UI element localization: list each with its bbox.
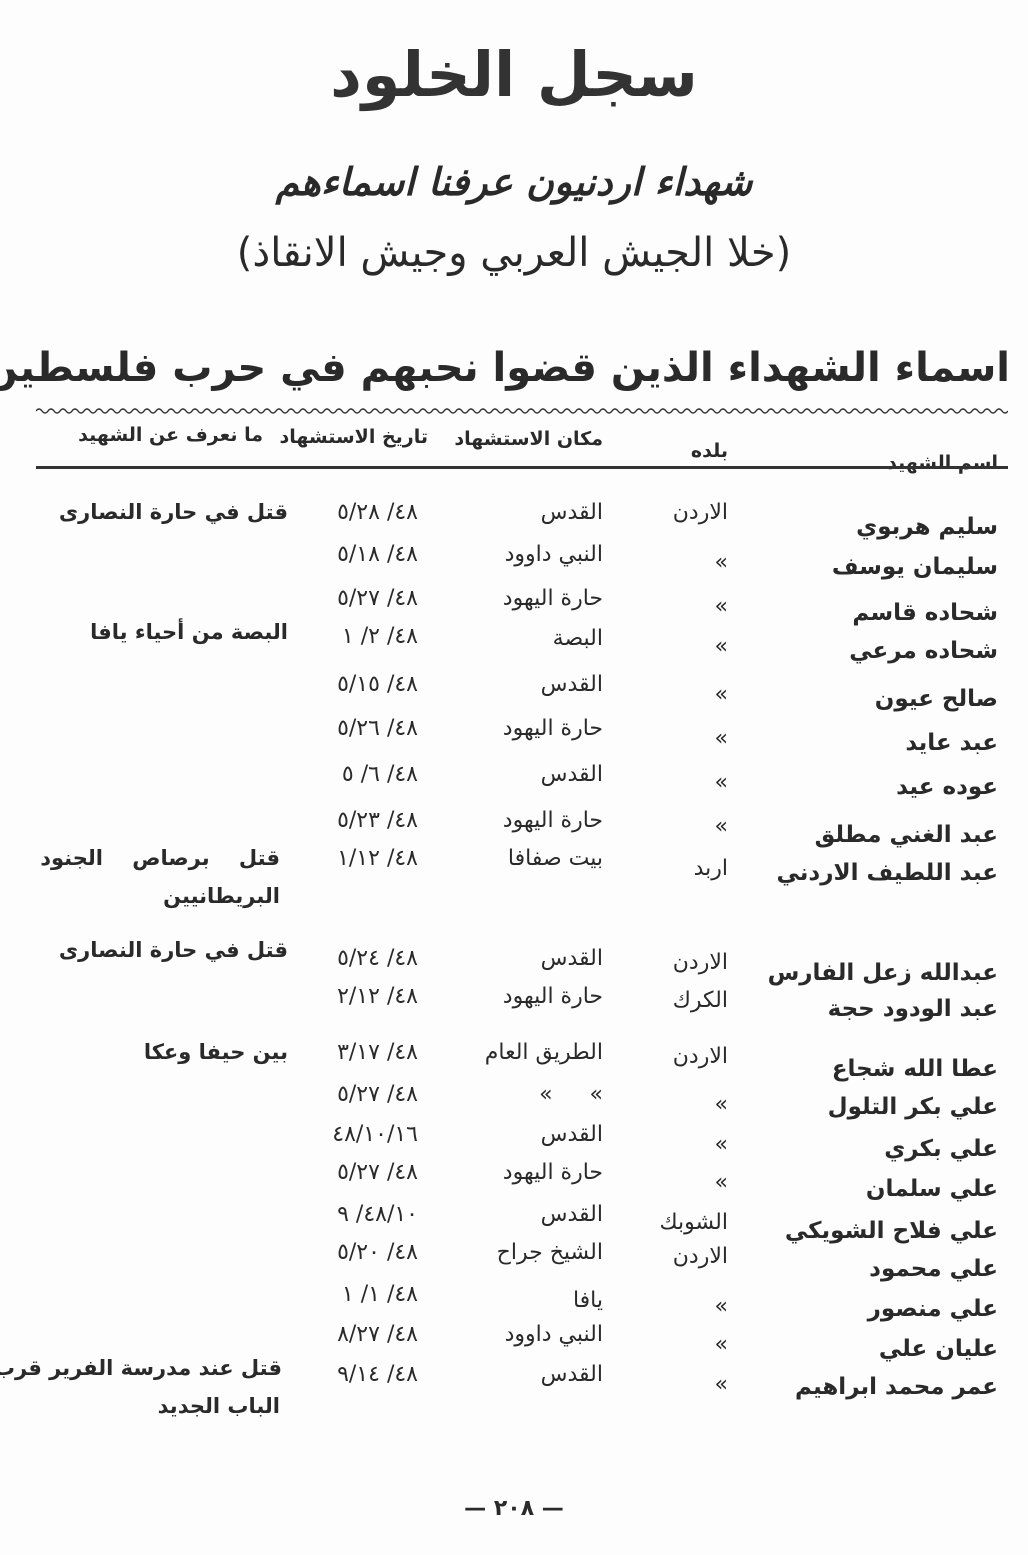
table-row: سليمان يوسف » النبي داوود ٤٨/ ٥/١٨ (0, 542, 1028, 572)
martyr-name: عبد اللطيف الاردني (777, 860, 998, 886)
martyr-date: ٤٨/ ٥/٢٧ (337, 586, 418, 611)
martyr-name: سليم هربوي (856, 514, 998, 540)
martyr-date: ٤٨/ ٢/ ١ (342, 624, 418, 649)
martyr-name: عطا الله شجاع (832, 1056, 998, 1082)
martyr-name: علي بكري (884, 1136, 998, 1162)
martyr-place: القدس (541, 1202, 603, 1227)
martyr-name: عوده عيد (896, 774, 998, 800)
column-header-town: بلده (691, 440, 728, 462)
martyr-place: الطريق العام (485, 1040, 603, 1065)
page-subtitle-note: (خلا الجيش العربي وجيش الانقاذ) (0, 230, 1028, 276)
column-header-name: اسم الشهيد (887, 452, 998, 474)
martyr-date: ٤٨/ ٥/٢٧ (337, 1082, 418, 1107)
martyr-place: حارة اليهود (503, 586, 603, 611)
table-row: سليم هربوي الاردن القدس ٤٨/ ٥/٢٨ قتل في … (0, 500, 1028, 530)
martyr-place: الشيخ جراح (497, 1240, 603, 1265)
martyr-town: » (715, 1372, 728, 1397)
martyr-town: الاردن (673, 1044, 728, 1069)
table-row: عطا الله شجاع الاردن الطريق العام ٤٨/ ٣/… (0, 1040, 1028, 1070)
martyr-note: قتل في حارة النصارى (59, 500, 288, 524)
table-row: علي بكري » القدس ٤٨/١٠/١٦ (0, 1122, 1028, 1152)
martyr-town: الاردن (673, 950, 728, 975)
table-row: عبدالله زعل الفارس الاردن القدس ٤٨/ ٥/٢٤… (0, 946, 1028, 976)
column-header-place: مكان الاستشهاد (454, 428, 603, 450)
book-page: سجل الخلود شهداء اردنيون عرفنا اسماءهم (… (0, 0, 1028, 1555)
martyr-note: قتل عند مدرسة الفرير قرب (0, 1356, 282, 1380)
table-row: علي سلمان » حارة اليهود ٤٨/ ٥/٢٧ (0, 1160, 1028, 1190)
martyr-town: » (715, 594, 728, 619)
martyr-place: حارة اليهود (503, 808, 603, 833)
table-row: علي منصور » يافا ٤٨/ ١/ ١ (0, 1282, 1028, 1312)
martyr-town: » (715, 1170, 728, 1195)
section-heading: اسماء الشهداء الذين قضوا نحبهم في حرب فل… (20, 345, 1010, 391)
table-row: علي محمود الاردن الشيخ جراح ٤٨/ ٥/٢٠ (0, 1240, 1028, 1270)
table-row: علي بكر التلول » » » ٤٨/ ٥/٢٧ (0, 1082, 1028, 1112)
martyr-date: ٤٨/ ٥/٢٨ (337, 500, 418, 525)
martyr-date: ٤٨/ ٩/١٤ (337, 1362, 418, 1387)
table-row: شحاده قاسم » حارة اليهود ٤٨/ ٥/٢٧ (0, 586, 1028, 616)
martyr-place: القدس (541, 500, 603, 525)
martyr-date: ٤٨/ ٣/١٧ (337, 1040, 418, 1065)
martyr-town: الاردن (673, 1244, 728, 1269)
martyr-note: بين حيفا وعكا (144, 1040, 288, 1064)
martyr-town: » (715, 1332, 728, 1357)
martyr-name: عبد عايد (905, 730, 998, 756)
martyr-date: ٤٨/ ٥/٢٧ (337, 1160, 418, 1185)
header-rule (36, 466, 1008, 469)
martyr-date: ٤٨/ ٢/١٢ (337, 984, 418, 1009)
martyr-place: حارة اليهود (503, 716, 603, 741)
table-row: صالح عيون » القدس ٤٨/ ٥/١٥ (0, 672, 1028, 702)
martyr-date: ٤٨/ ٥/٢٠ (337, 1240, 418, 1265)
martyr-note-line2: البريطانيين (163, 884, 280, 908)
table-row: عبد عايد » حارة اليهود ٤٨/ ٥/٢٦ (0, 716, 1028, 746)
martyr-town: » (715, 770, 728, 795)
martyr-name: عبد الغني مطلق (815, 822, 998, 848)
martyr-note: قتل في حارة النصارى (59, 938, 288, 962)
martyr-note: البصة من أحياء يافا (90, 620, 288, 644)
martyr-town: » (715, 1092, 728, 1117)
martyr-date: ٤٨/ ٦/ ٥ (342, 762, 418, 787)
martyr-town: اربد (694, 856, 728, 881)
martyr-date: ٤٨/ ٨/٢٧ (337, 1322, 418, 1347)
martyr-town: » (715, 726, 728, 751)
martyr-town: » (715, 550, 728, 575)
martyr-place: النبي داوود (505, 542, 603, 567)
martyr-note: قتل برصاص الجنود (40, 846, 280, 870)
martyr-date: ٤٨/ ٥/٢٣ (337, 808, 418, 833)
martyr-name: صالح عيون (875, 686, 998, 712)
martyr-note-line2: الباب الجديد (158, 1394, 280, 1418)
table-row: عبد اللطيف الاردني اربد بيت صفافا ٤٨/ ١/… (0, 846, 1028, 876)
martyr-place: القدس (541, 672, 603, 697)
martyr-name: علي سلمان (866, 1176, 998, 1202)
martyr-date: ٤٨/ ١/١٢ (337, 846, 418, 871)
martyr-date: ٤٨/ ٥/٢٤ (337, 946, 418, 971)
page-number: — ٢٠٨ — (0, 1496, 1028, 1521)
martyr-name: عبدالله زعل الفارس (768, 960, 998, 986)
martyr-date: ٤٨/ ٥/١٨ (337, 542, 418, 567)
martyr-town: الشوبك (660, 1210, 728, 1235)
martyr-name: شحاده مرعي (849, 638, 998, 664)
martyr-place: القدس (541, 1362, 603, 1387)
wavy-divider (36, 406, 1008, 416)
martyr-place: حارة اليهود (503, 1160, 603, 1185)
martyr-place: بيت صفافا (508, 846, 603, 871)
martyr-name: عمر محمد ابراهيم (795, 1374, 998, 1400)
page-subtitle: شهداء اردنيون عرفنا اسماءهم (0, 160, 1028, 204)
martyr-name: سليمان يوسف (832, 554, 998, 580)
martyr-town: الكرك (673, 988, 728, 1013)
martyr-name: علي منصور (868, 1296, 998, 1322)
page-title: سجل الخلود (0, 38, 1028, 111)
table-row: عبد الودود حجة الكرك حارة اليهود ٤٨/ ٢/١… (0, 984, 1028, 1014)
martyr-place: » » (539, 1082, 603, 1107)
martyr-date: ٤٨/١٠/ ٩ (337, 1202, 418, 1227)
martyr-name: علي بكر التلول (828, 1094, 998, 1120)
martyr-town: » (715, 1294, 728, 1319)
martyr-town: » (715, 634, 728, 659)
column-header-date: تاريخ الاستشهاد (279, 426, 428, 448)
martyr-place: البصة (553, 626, 603, 651)
martyr-name: عليان علي (879, 1336, 998, 1362)
table-row: عوده عيد » القدس ٤٨/ ٦/ ٥ (0, 762, 1028, 792)
martyr-name: عبد الودود حجة (828, 996, 998, 1022)
martyr-place: حارة اليهود (503, 984, 603, 1009)
martyr-name: علي محمود (869, 1256, 998, 1282)
martyr-place: القدس (541, 1122, 603, 1147)
martyr-date: ٤٨/ ١/ ١ (342, 1282, 418, 1307)
table-row: عبد الغني مطلق » حارة اليهود ٤٨/ ٥/٢٣ (0, 808, 1028, 838)
martyr-place: النبي داوود (505, 1322, 603, 1347)
martyr-date: ٤٨/ ٥/٢٦ (337, 716, 418, 741)
martyr-date: ٤٨/١٠/١٦ (332, 1122, 418, 1147)
table-row: عليان علي » النبي داوود ٤٨/ ٨/٢٧ (0, 1322, 1028, 1352)
martyr-town: » (715, 814, 728, 839)
section-heading-text: اسماء الشهداء الذين قضوا نحبهم في حرب فل… (0, 345, 1010, 391)
martyr-place: القدس (541, 946, 603, 971)
table-row: علي فلاح الشويكي الشوبك القدس ٤٨/١٠/ ٩ (0, 1202, 1028, 1232)
martyr-date: ٤٨/ ٥/١٥ (337, 672, 418, 697)
column-header-note: ما نعرف عن الشهيد (78, 424, 263, 446)
table-row: عمر محمد ابراهيم » القدس ٤٨/ ٩/١٤ قتل عن… (0, 1360, 1028, 1390)
martyr-town: الاردن (673, 500, 728, 525)
martyr-place: يافا (573, 1288, 603, 1313)
martyr-town: » (715, 1132, 728, 1157)
martyr-place: القدس (541, 762, 603, 787)
table-row: شحاده مرعي » البصة ٤٨/ ٢/ ١ البصة من أحي… (0, 620, 1028, 650)
martyr-town: » (715, 682, 728, 707)
